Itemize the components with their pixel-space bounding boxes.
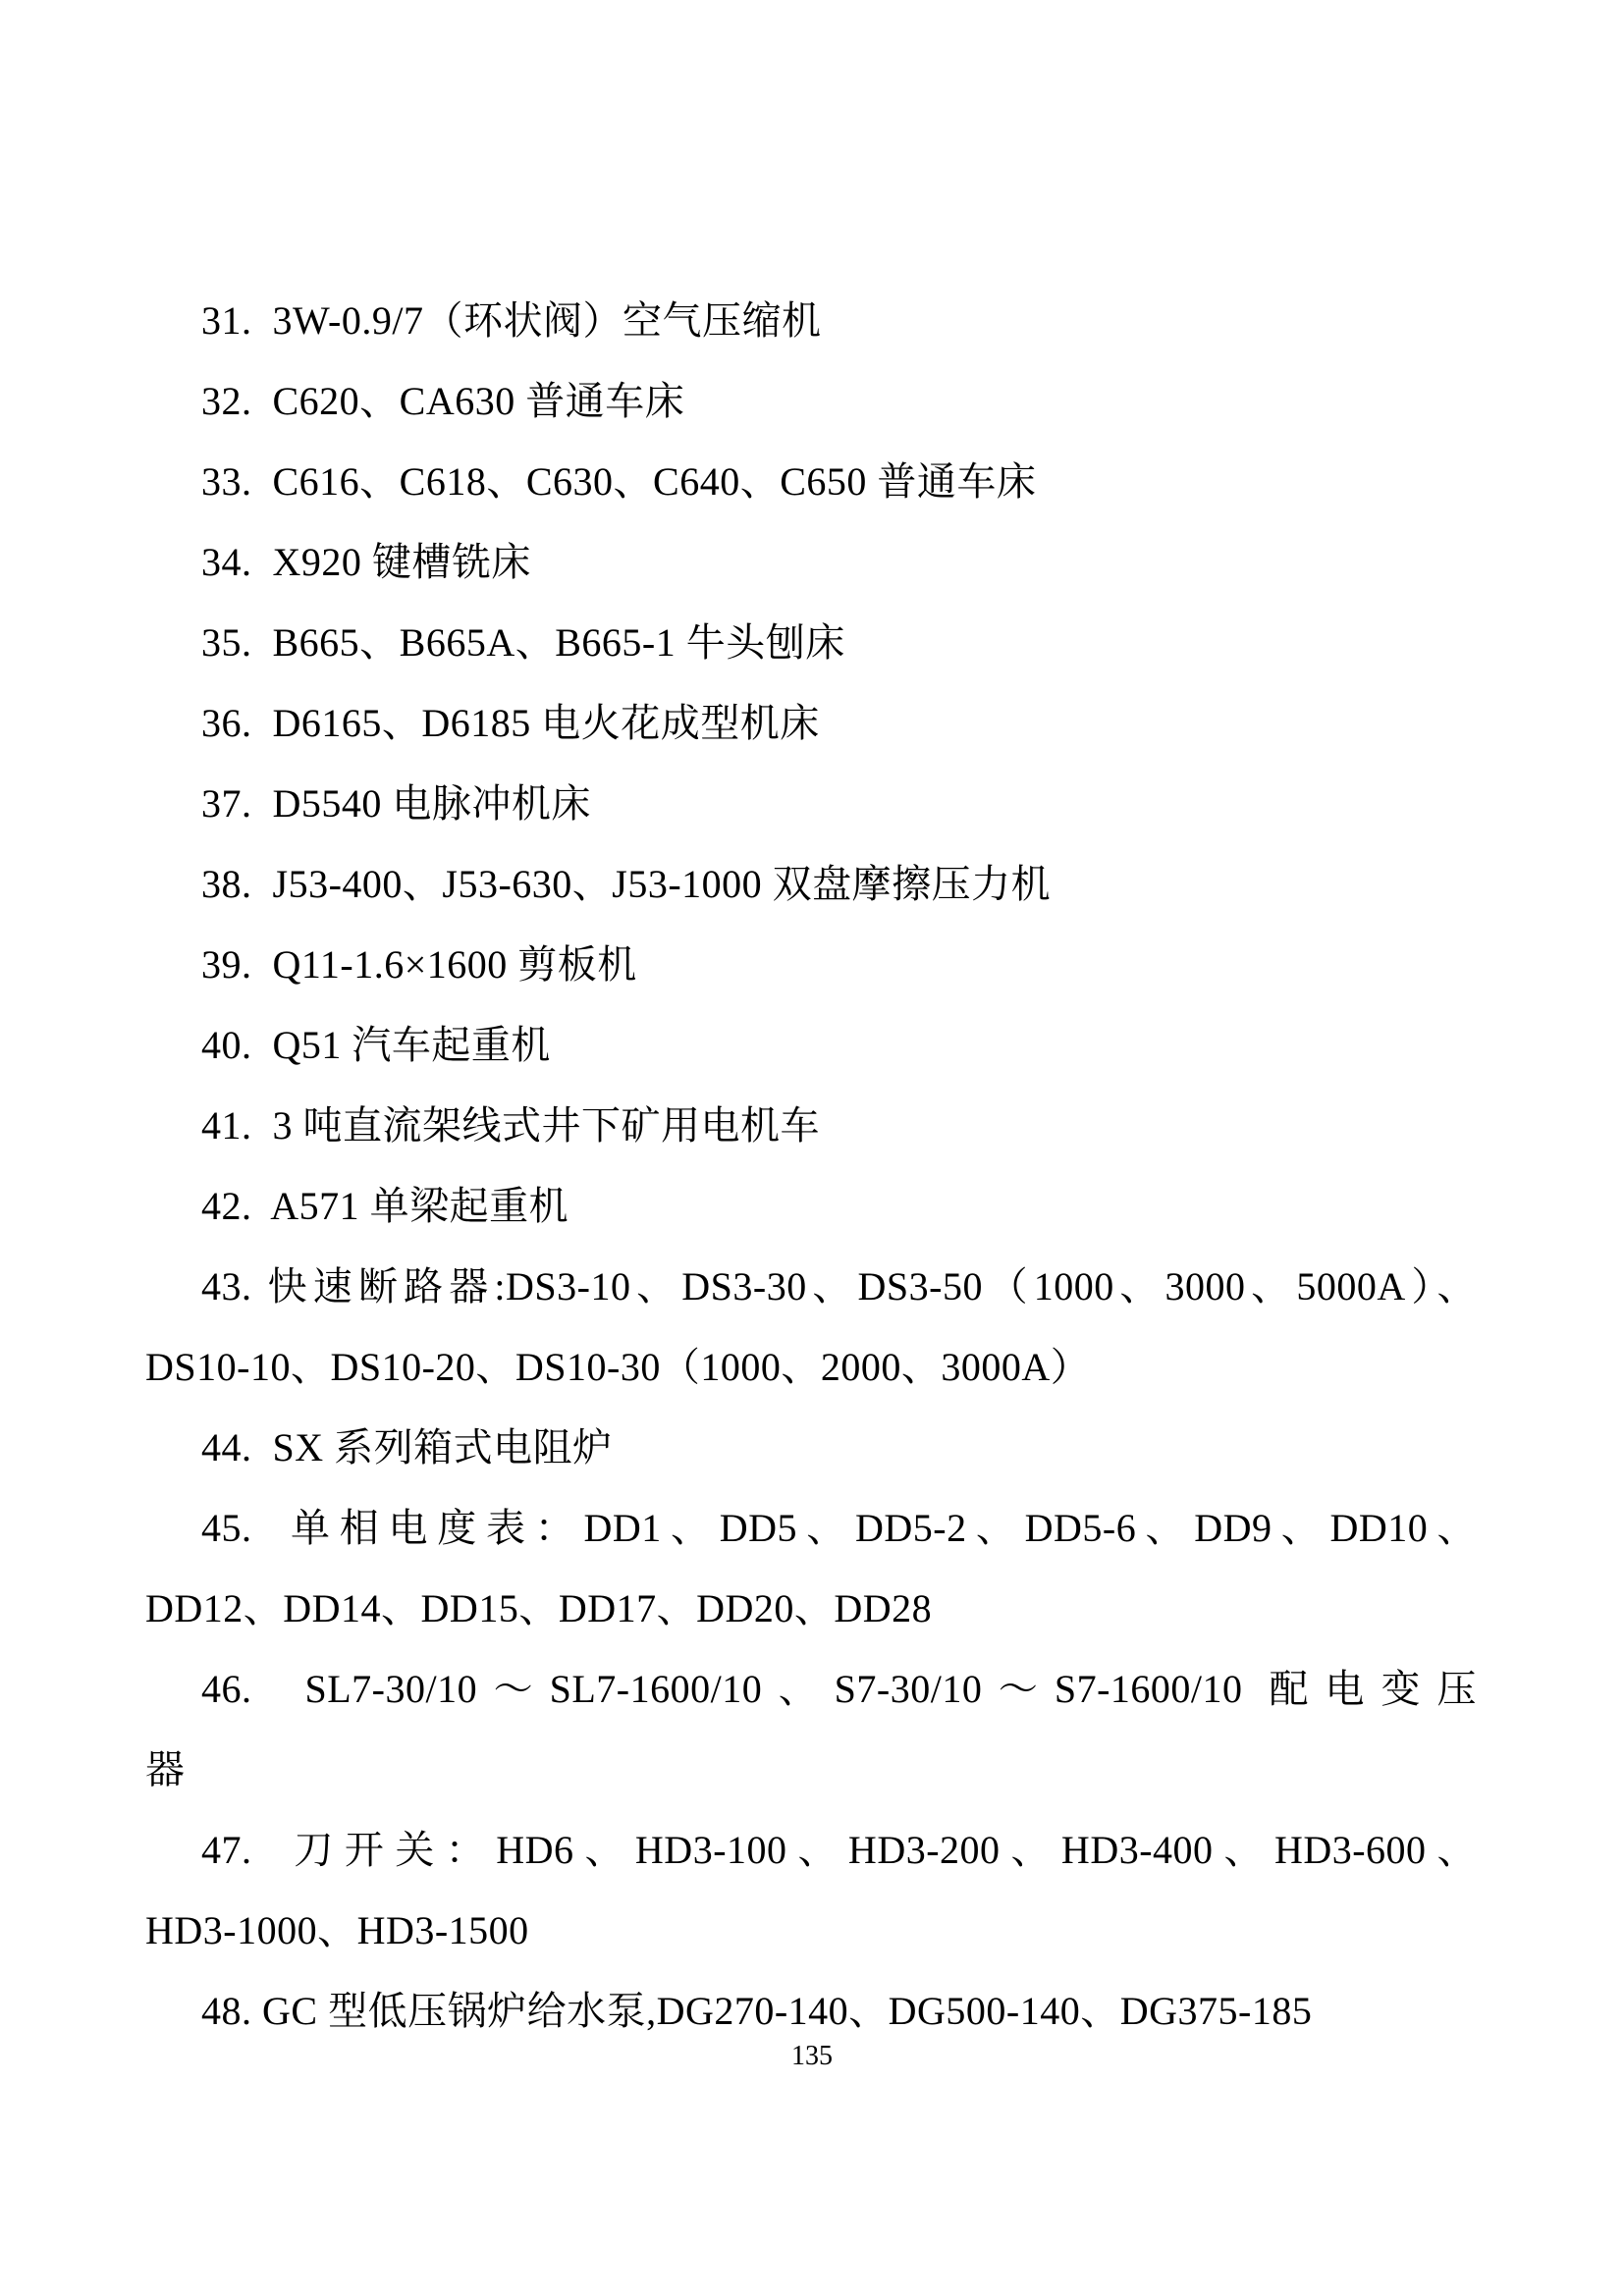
list-line: 47. 刀开关：HD6、HD3-100、HD3-200、HD3-400、HD3-… (145, 1810, 1477, 1891)
list-line: 42. A571 单梁起重机 (145, 1166, 1477, 1247)
list-line: 45. 单相电度表：DD1、DD5、DD5-2、DD5-6、DD9、DD10、 (145, 1488, 1477, 1569)
list-line: 32. C620、CA630 普通车床 (145, 361, 1477, 442)
list-line: 39. Q11-1.6×1600 剪板机 (145, 925, 1477, 1005)
list-line: 43. 快速断路器:DS3-10、DS3-30、DS3-50（1000、3000… (145, 1247, 1477, 1327)
page-number: 135 (0, 2040, 1624, 2073)
list-line: 器 (145, 1730, 1477, 1810)
list-line: 36. D6165、D6185 电火花成型机床 (145, 683, 1477, 764)
list-line: 31. 3W-0.9/7（环状阀）空气压缩机 (145, 281, 1477, 361)
document-page: 31. 3W-0.9/7（环状阀）空气压缩机32. C620、CA630 普通车… (0, 0, 1624, 2296)
list-line: 35. B665、B665A、B665-1 牛头刨床 (145, 603, 1477, 683)
list-line: DS10-10、DS10-20、DS10-30（1000、2000、3000A） (145, 1327, 1477, 1408)
list-line: 44. SX 系列箱式电阻炉 (145, 1408, 1477, 1488)
list-line: DD12、DD14、DD15、DD17、DD20、DD28 (145, 1569, 1477, 1649)
list-line: HD3-1000、HD3-1500 (145, 1891, 1477, 1971)
list-line: 41. 3 吨直流架线式井下矿用电机车 (145, 1086, 1477, 1166)
equipment-list: 31. 3W-0.9/7（环状阀）空气压缩机32. C620、CA630 普通车… (145, 281, 1477, 2052)
list-line: 33. C616、C618、C630、C640、C650 普通车床 (145, 442, 1477, 522)
list-line: 40. Q51 汽车起重机 (145, 1005, 1477, 1086)
list-line: 37. D5540 电脉冲机床 (145, 764, 1477, 844)
list-line: 46. SL7-30/10～SL7-1600/10、S7-30/10～S7-16… (145, 1649, 1477, 1730)
list-line: 34. X920 键槽铣床 (145, 522, 1477, 603)
list-line: 38. J53-400、J53-630、J53-1000 双盘摩擦压力机 (145, 844, 1477, 925)
